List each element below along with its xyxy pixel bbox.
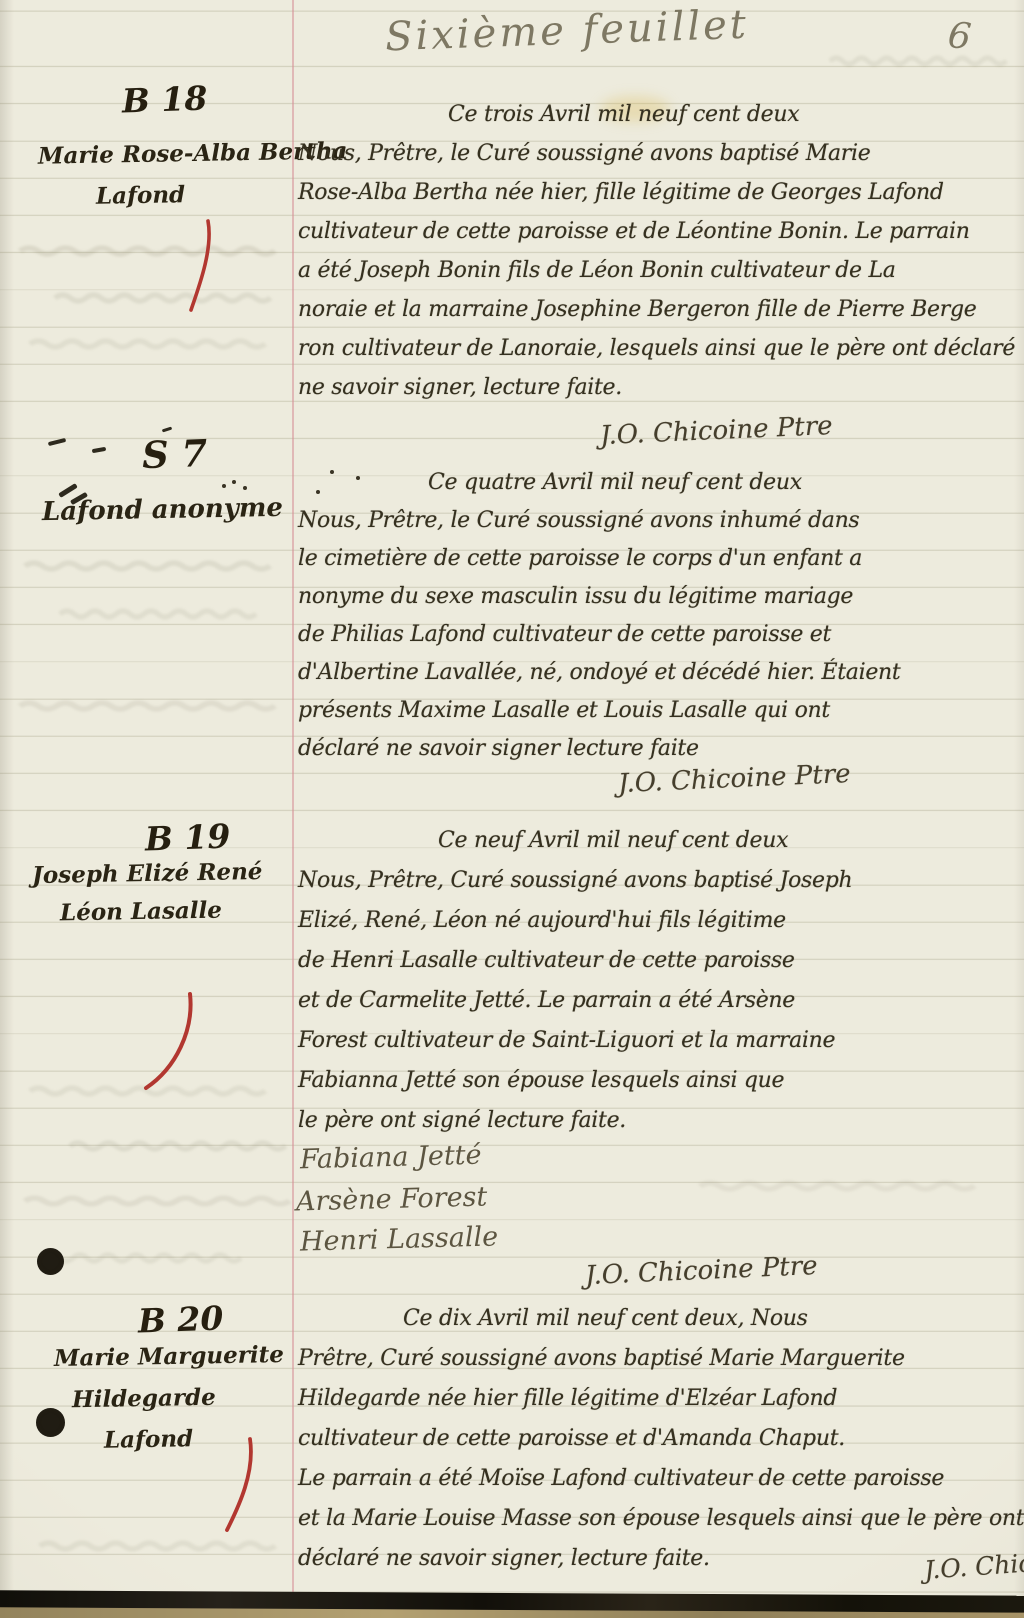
entry-margin-name: Hildegarde (72, 1384, 216, 1414)
entry-code: B 18 (121, 79, 208, 121)
text-line: Ce quatre Avril mil neuf cent deux (298, 470, 1012, 508)
entry-text: Ce trois Avril mil neuf cent deux Nous, … (298, 102, 1012, 414)
text-line: Hildegarde née hier fille légitime d'Elz… (298, 1386, 1012, 1426)
text-line: et la Marie Louise Masse son épouse lesq… (298, 1506, 1012, 1546)
red-checkmark (188, 218, 216, 314)
text-line: déclaré ne savoir signer, lecture faite. (298, 1546, 1012, 1586)
text-line: le cimetière de cette paroisse le corps … (298, 546, 1012, 584)
text-line: Ce dix Avril mil neuf cent deux, Nous (298, 1306, 1012, 1346)
text-line: Prêtre, Curé soussigné avons baptisé Mar… (298, 1346, 1012, 1386)
text-line: présents Maxime Lasalle et Louis Lasalle… (298, 698, 1012, 736)
entry-code: S 7 (141, 431, 208, 477)
text-line: Rose-Alba Bertha née hier, fille légitim… (298, 180, 1012, 219)
margin-rule-line (292, 0, 294, 1618)
entry-code: B 19 (144, 817, 231, 859)
entry-margin-name: Marie Marguerite (54, 1341, 284, 1372)
text-line: Nous, Prêtre, Curé soussigné avons bapti… (298, 868, 1012, 908)
text-line: cultivateur de cette paroisse et de Léon… (298, 219, 1012, 258)
witness-signature: Arsène Forest (296, 1182, 488, 1218)
punch-hole (37, 1248, 64, 1275)
punch-hole (36, 1408, 65, 1437)
register-page: Sixième feuillet 6 B 18 Marie Rose-Alba … (0, 0, 1024, 1618)
text-line: d'Albertine Lavallée, né, ondoyé et décé… (298, 660, 1012, 698)
entry-margin-name: Léon Lasalle (60, 897, 222, 927)
red-checkmark (142, 990, 198, 1096)
text-line: a été Joseph Bonin fils de Léon Bonin cu… (298, 258, 1012, 297)
entry-text: Ce dix Avril mil neuf cent deux, Nous Pr… (298, 1306, 1012, 1586)
entry-code: B 20 (137, 1299, 224, 1341)
red-checkmark (224, 1436, 258, 1536)
text-line: Ce neuf Avril mil neuf cent deux (298, 828, 1012, 868)
text-line: Elizé, René, Léon né aujourd'hui fils lé… (298, 908, 1012, 948)
text-line: Ce trois Avril mil neuf cent deux (298, 102, 1012, 141)
text-line: Nous, Prêtre, le Curé soussigné avons ba… (298, 141, 1012, 180)
entry-margin-name: Lafond (104, 1425, 194, 1454)
text-line: ron cultivateur de Lanoraie, lesquels ai… (298, 336, 1012, 375)
text-line: Fabianna Jetté son épouse lesquels ainsi… (298, 1068, 1012, 1108)
text-line: et de Carmelite Jetté. Le parrain a été … (298, 988, 1012, 1028)
entry-margin-name: Lafond (96, 181, 186, 210)
entry-text: Ce quatre Avril mil neuf cent deux Nous,… (298, 470, 1012, 774)
page-number: 6 (946, 15, 973, 58)
entry-margin-name: Joseph Elizé René (32, 858, 263, 889)
text-line: Nous, Prêtre, le Curé soussigné avons in… (298, 508, 1012, 546)
text-line: ne savoir signer, lecture faite. (298, 375, 1012, 414)
entry-text: Ce neuf Avril mil neuf cent deux Nous, P… (298, 828, 1012, 1148)
text-line: Forest cultivateur de Saint-Liguori et l… (298, 1028, 1012, 1068)
text-line: de Henri Lasalle cultivateur de cette pa… (298, 948, 1012, 988)
witness-signature: Henri Lassalle (300, 1221, 499, 1257)
text-line: cultivateur de cette paroisse et d'Amand… (298, 1426, 1012, 1466)
witness-signature: Fabiana Jetté (300, 1140, 482, 1176)
text-line: noraie et la marraine Josephine Bergeron… (298, 297, 1012, 336)
text-line: de Philias Lafond cultivateur de cette p… (298, 622, 1012, 660)
text-line: Le parrain a été Moïse Lafond cultivateu… (298, 1466, 1012, 1506)
text-line: nonyme du sexe masculin issu du légitime… (298, 584, 1012, 622)
